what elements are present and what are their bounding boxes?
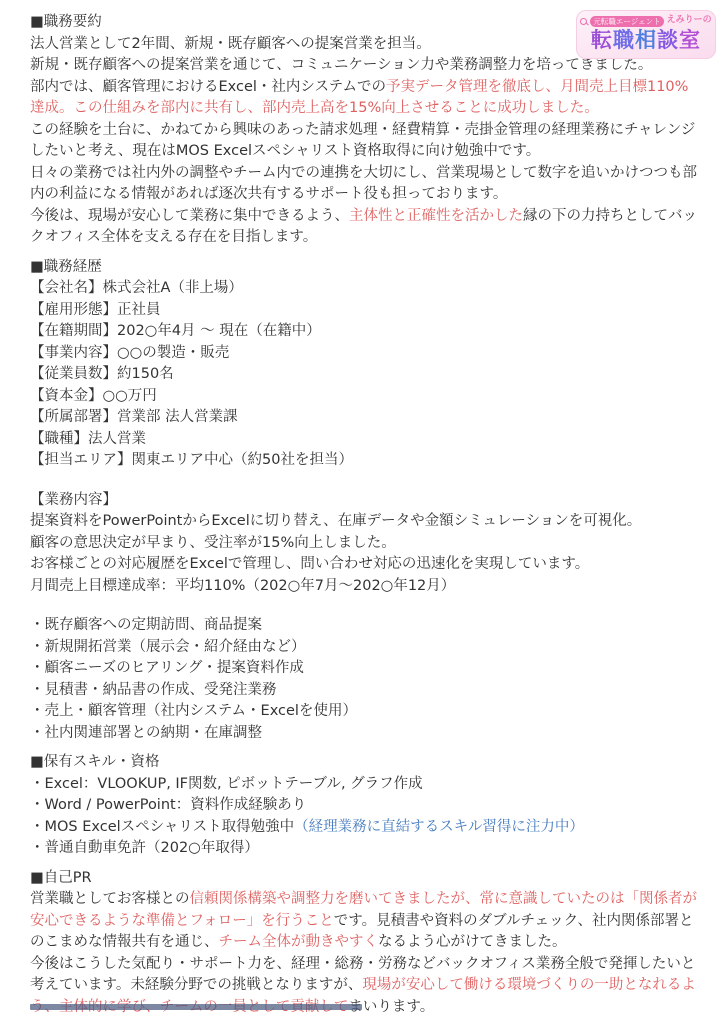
section-heading: ■保有スキル・資格 xyxy=(30,752,698,774)
blank-line xyxy=(30,472,698,490)
text-run: この経験を土台に、かねてから興味のあった請求処理・経費精算・売掛金管理の経理業務… xyxy=(30,122,695,160)
text-run: 【担当エリア】関東エリア中心（約50社を担当） xyxy=(30,452,353,468)
logo-top-line: 元転職エージェント えみりーの xyxy=(582,15,710,27)
text-line: 【雇用形態】正社員 xyxy=(30,300,698,322)
text-line: この経験を土台に、かねてから興味のあった請求処理・経費精算・売掛金管理の経理業務… xyxy=(30,120,698,163)
blank-line xyxy=(30,597,698,615)
logo-title-char: 談 xyxy=(657,28,679,52)
text-run: ・売上・顧客管理（社内システム・Excelを使用） xyxy=(30,703,357,719)
text-line: ・新規開拓営業（展示会・紹介経由など） xyxy=(30,637,698,659)
text-run: 【資本金】○○万円 xyxy=(30,388,157,404)
section-heading: ■職務経歴 xyxy=(30,257,698,279)
text-run: 日々の業務では社内外の調整やチーム内での連携を大切にし、営業現場として数字を追い… xyxy=(30,165,697,203)
text-run: 【業務内容】 xyxy=(30,492,117,508)
search-icon xyxy=(580,18,587,25)
text-run: 【職種】法人営業 xyxy=(30,431,146,447)
text-line: ・社内関連部署との納期・在庫調整 xyxy=(30,723,698,745)
text-line: お客様ごとの対応履歴をExcelで管理し、問い合わせ対応の迅速化を実現しています… xyxy=(30,554,698,576)
text-line: 【職種】法人営業 xyxy=(30,429,698,451)
text-run: 営業職としてお客様との xyxy=(30,891,190,907)
text-line: ・普通自動車免許（202○年取得） xyxy=(30,838,698,860)
text-run: なるよう心がけてきました。 xyxy=(378,934,567,950)
text-run: ・新規開拓営業（展示会・紹介経由など） xyxy=(30,639,306,655)
text-run: 月間売上目標達成率：平均110%（202○年7月～202○年12月） xyxy=(30,578,455,594)
text-run: 提案資料をPowerPointからExcelに切り替え、在庫データや金額シミュレ… xyxy=(30,513,641,529)
text-line: 【在籍期間】202○年4月 ～ 現在（在籍中） xyxy=(30,321,698,343)
text-run: 法人営業として2年間、新規・既存顧客への提案営業を担当。 xyxy=(30,36,431,52)
text-line: 【所属部署】営業部 法人営業課 xyxy=(30,407,698,429)
text-run: 【事業内容】○○の製造・販売 xyxy=(30,345,229,361)
text-run: 【会社名】株式会社A（非上場） xyxy=(30,280,243,296)
text-run: 顧客の意思決定が早まり、受注率が15%向上しました。 xyxy=(30,535,396,551)
logo-title-char: 室 xyxy=(679,28,701,52)
text-line: 【業務内容】 xyxy=(30,490,698,512)
text-run: ・普通自動車免許（202○年取得） xyxy=(30,840,259,856)
site-logo[interactable]: 元転職エージェント えみりーの 転職相談室 xyxy=(576,10,716,59)
text-run: 新規・既存顧客への提案営業を通じて、コミュニケーション力や業務調整力を培ってきま… xyxy=(30,57,652,73)
text-line: ・売上・顧客管理（社内システム・Excelを使用） xyxy=(30,701,698,723)
section: ■職務経歴【会社名】株式会社A（非上場）【雇用形態】正社員【在籍期間】202○年… xyxy=(30,257,698,745)
footer-bar xyxy=(30,1004,362,1010)
logo-title-text: 転職相談室 xyxy=(582,28,710,53)
text-line: 【担当エリア】関東エリア中心（約50社を担当） xyxy=(30,450,698,472)
text-run: ・既存顧客への定期訪問、商品提案 xyxy=(30,617,262,633)
text-run: ・社内関連部署との納期・在庫調整 xyxy=(30,725,262,741)
text-run: 部内では、顧客管理におけるExcel・社内システムでの xyxy=(30,79,386,95)
text-run: 今後は、現場が安心して業務に集中できるよう、 xyxy=(30,208,349,224)
text-run: 【従業員数】約150名 xyxy=(30,366,174,382)
text-run: チーム全体が動きやすく xyxy=(219,934,379,950)
section: ■自己PR営業職としてお客様との信頼関係構築や調整力を磨いてきましたが、常に意識… xyxy=(30,868,698,1019)
text-run: 【雇用形態】正社員 xyxy=(30,302,161,318)
text-run: 主体性と正確性を活かした xyxy=(349,208,523,224)
text-line: 日々の業務では社内外の調整やチーム内での連携を大切にし、営業現場として数字を追い… xyxy=(30,163,698,206)
text-run: お客様ごとの対応履歴をExcelで管理し、問い合わせ対応の迅速化を実現しています… xyxy=(30,556,589,572)
logo-title-char: 相 xyxy=(635,28,657,52)
text-line: 【資本金】○○万円 xyxy=(30,386,698,408)
text-line: ・既存顧客への定期訪問、商品提案 xyxy=(30,615,698,637)
section-heading: ■自己PR xyxy=(30,868,698,890)
text-line: 【会社名】株式会社A（非上場） xyxy=(30,278,698,300)
text-run: 【在籍期間】202○年4月 ～ 現在（在籍中） xyxy=(30,323,321,339)
text-run: ・見積書・納品書の作成、受発注業務 xyxy=(30,682,277,698)
section: ■保有スキル・資格・Excel：VLOOKUP, IF関数, ピボットテーブル,… xyxy=(30,752,698,860)
text-run: （経理業務に直結するスキル習得に注力中） xyxy=(294,819,584,835)
logo-title-char: 職 xyxy=(613,28,635,52)
text-run: 【所属部署】営業部 法人営業課 xyxy=(30,409,238,425)
text-run: ・MOS Excelスペシャリスト取得勉強中 xyxy=(30,819,294,835)
text-run: ・顧客ニーズのヒアリング・提案資料作成 xyxy=(30,660,304,676)
text-run: ・Word / PowerPoint：資料作成経験あり xyxy=(30,797,306,813)
document-body: ■職務要約法人営業として2年間、新規・既存顧客への提案営業を担当。新規・既存顧客… xyxy=(0,0,724,1018)
text-line: ・Excel：VLOOKUP, IF関数, ピボットテーブル, グラフ作成 xyxy=(30,774,698,796)
text-line: 【従業員数】約150名 xyxy=(30,364,698,386)
text-line: 【事業内容】○○の製造・販売 xyxy=(30,343,698,365)
text-run: ・Excel：VLOOKUP, IF関数, ピボットテーブル, グラフ作成 xyxy=(30,776,423,792)
text-line: ・顧客ニーズのヒアリング・提案資料作成 xyxy=(30,658,698,680)
text-line: 提案資料をPowerPointからExcelに切り替え、在庫データや金額シミュレ… xyxy=(30,511,698,533)
text-line: 月間売上目標達成率：平均110%（202○年7月～202○年12月） xyxy=(30,576,698,598)
text-line: 顧客の意思決定が早まり、受注率が15%向上しました。 xyxy=(30,533,698,555)
text-line: ・見積書・納品書の作成、受発注業務 xyxy=(30,680,698,702)
text-line: ・MOS Excelスペシャリスト取得勉強中（経理業務に直結するスキル習得に注力… xyxy=(30,817,698,839)
logo-title-char: 転 xyxy=(591,28,613,52)
text-line: 部内では、顧客管理におけるExcel・社内システムでの予実データ管理を徹底し、月… xyxy=(30,77,698,120)
text-line: 営業職としてお客様との信頼関係構築や調整力を磨いてきましたが、常に意識していたの… xyxy=(30,889,698,954)
resume-page: 元転職エージェント えみりーの 転職相談室 ■職務要約法人営業として2年間、新規… xyxy=(0,0,724,1024)
logo-badge-text: 元転職エージェント xyxy=(590,16,663,27)
text-line: 今後は、現場が安心して業務に集中できるよう、主体性と正確性を活かした縁の下の力持… xyxy=(30,206,698,249)
text-line: ・Word / PowerPoint：資料作成経験あり xyxy=(30,795,698,817)
